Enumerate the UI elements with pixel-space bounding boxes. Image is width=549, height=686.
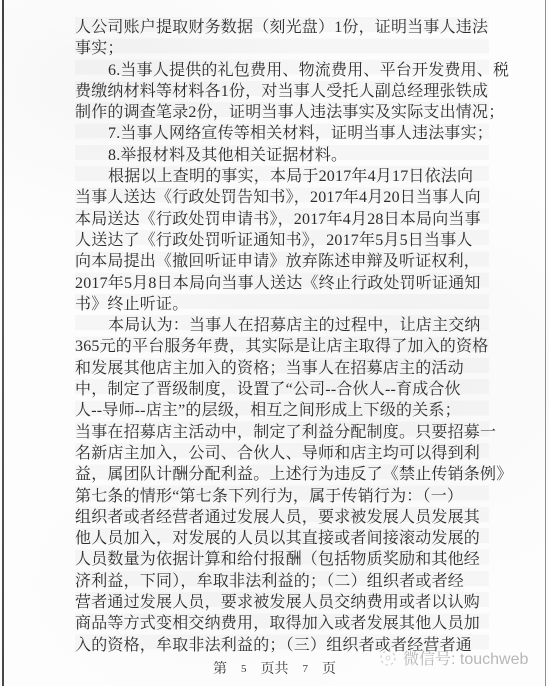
document-line: 第七条的情形“第七条下列行为，属于传销行为：（一） xyxy=(75,486,489,507)
document-line: 7.当事人网络宣传等相关材料，证明当事人违法事实； xyxy=(75,123,489,144)
footer-total-pages: 7 xyxy=(303,663,309,675)
document-line: 365元的平台服务年费，其实际是让店主取得了加入的资格 xyxy=(75,336,489,357)
document-line: 2017年5月8日本局向当事人送达《终止行政处罚听证通知 xyxy=(75,273,489,294)
document-line: 制作的调查笔录2份，证明当事人违法事实及实际支出情况； xyxy=(75,102,489,123)
document-line: 8.举报材料及其他相关证据材料。 xyxy=(75,145,489,166)
page-left-border xyxy=(2,0,4,686)
document-line: 组织者或者经营者通过发展人员，要求被发展人员发展其 xyxy=(75,507,489,528)
document-line: 人员数量为依据计算和给付报酬（包括物质奖励和其他经 xyxy=(75,549,489,570)
document-page: 人公司账户提取财务数据（刻光盘）1份，证明当事人违法 事实； 6.当事人提供的礼… xyxy=(0,0,549,686)
document-line: 人公司账户提取财务数据（刻光盘）1份，证明当事人违法 xyxy=(75,17,489,38)
footer-label-di: 第 xyxy=(213,662,227,677)
document-body-text: 人公司账户提取财务数据（刻光盘）1份，证明当事人违法 事实； 6.当事人提供的礼… xyxy=(75,17,489,656)
document-line: 事实； xyxy=(75,38,489,59)
document-line: 济利益，下同），牟取非法利益的；（二）组织者或者经 xyxy=(75,571,489,592)
document-line: 6.当事人提供的礼包费用、物流费用、平台开发费用、税 xyxy=(75,60,489,81)
document-line: 益，属团队计酬分配利益。上述行为违反了《禁止传销条例》 xyxy=(75,464,489,485)
document-line: 当事在招募店主活动中，制定了利益分配制度。只要招募一 xyxy=(75,422,489,443)
footer-page-number: 5 xyxy=(241,663,247,675)
footer-label-ye: 页 xyxy=(322,662,336,677)
document-line: 人--导师--店主”的层级，相互之间形成上下级的关系； xyxy=(75,400,489,421)
document-line: 书》终止听证。 xyxy=(75,294,489,315)
document-line: 商品等方式变相交纳费用，取得加入或者发展其他人员加 xyxy=(75,613,489,634)
document-line: 他人员加入，对发展的人员以其直接或者间接滚动发展的 xyxy=(75,528,489,549)
page-right-border xyxy=(545,0,546,686)
document-line: 和发展其他店主加入的资格；当事人在招募店主的活动 xyxy=(75,358,489,379)
document-line: 根据以上查明的事实，本局于2017年4月17日依法向 xyxy=(75,166,489,187)
document-line: 人送达了《行政处罚听证通知书》，2017年5月5日当事人 xyxy=(75,230,489,251)
document-line: 当事人送达《行政处罚告知书》，2017年4月20日当事人向 xyxy=(75,187,489,208)
page-footer: 第5页共7页 xyxy=(0,658,549,678)
document-line: 营者通过发展人员，要求被发展人员交纳费用或者以认购 xyxy=(75,592,489,613)
document-line: 向本局提出《撤回听证申请》放弃陈述申辩及听证权利， xyxy=(75,251,489,272)
document-line: 本局送达《行政处罚申请书》，2017年4月28日本局向当事 xyxy=(75,209,489,230)
document-line: 中，制定了晋级制度，设置了“公司--合伙人--育成合伙 xyxy=(75,379,489,400)
document-line: 名新店主加入，公司、合伙人、导师和店主均可以得到利 xyxy=(75,443,489,464)
document-line: 费缴纳材料等材料各1份，对当事人受托人副总经理张铁成 xyxy=(75,81,489,102)
document-line: 本局认为：当事人在招募店主的过程中，让店主交纳 xyxy=(75,315,489,336)
footer-label-yegong: 页共 xyxy=(261,662,289,677)
